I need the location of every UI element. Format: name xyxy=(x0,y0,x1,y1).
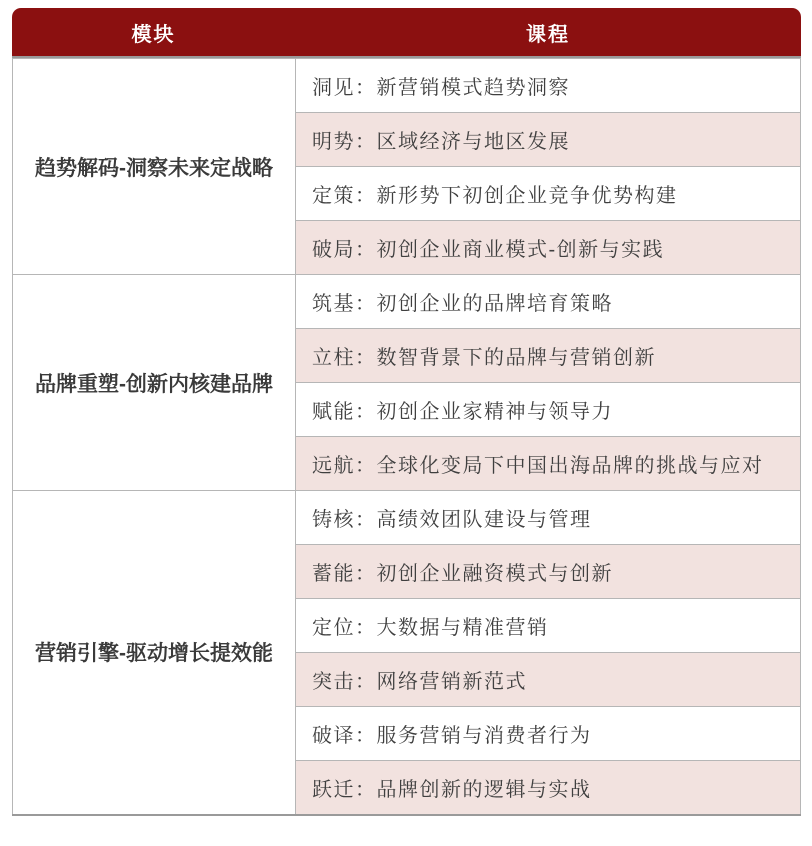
table-row: 趋势解码-洞察未来定战略 洞见：新营销模式趋势洞察 xyxy=(13,59,801,113)
course-cell: 破局：初创企业商业模式-创新与实践 xyxy=(296,221,801,275)
course-cell: 铸核：高绩效团队建设与管理 xyxy=(296,491,801,545)
column-header-course: 课程 xyxy=(295,8,801,56)
course-cell: 蓄能：初创企业融资模式与创新 xyxy=(296,545,801,599)
course-cell: 筑基：初创企业的品牌培育策略 xyxy=(296,275,801,329)
table-header-row: 模块 课程 xyxy=(12,8,801,58)
course-cell: 立柱：数智背景下的品牌与营销创新 xyxy=(296,329,801,383)
table-row: 营销引擎-驱动增长提效能 铸核：高绩效团队建设与管理 xyxy=(13,491,801,545)
module-cell-trend: 趋势解码-洞察未来定战略 xyxy=(13,59,296,275)
column-header-module: 模块 xyxy=(12,8,295,56)
table-row: 品牌重塑-创新内核建品牌 筑基：初创企业的品牌培育策略 xyxy=(13,275,801,329)
course-cell: 洞见：新营销模式趋势洞察 xyxy=(296,59,801,113)
course-cell: 明势：区域经济与地区发展 xyxy=(296,113,801,167)
course-cell: 定策：新形势下初创企业竞争优势构建 xyxy=(296,167,801,221)
course-cell: 远航：全球化变局下中国出海品牌的挑战与应对 xyxy=(296,437,801,491)
course-cell: 定位：大数据与精准营销 xyxy=(296,599,801,653)
course-table-body: 趋势解码-洞察未来定战略 洞见：新营销模式趋势洞察 明势：区域经济与地区发展 定… xyxy=(12,58,801,816)
module-cell-brand: 品牌重塑-创新内核建品牌 xyxy=(13,275,296,491)
course-table: 模块 课程 趋势解码-洞察未来定战略 洞见：新营销模式趋势洞察 明势：区域经济与… xyxy=(12,8,801,816)
course-cell: 跃迁：品牌创新的逻辑与实战 xyxy=(296,761,801,815)
course-cell: 破译：服务营销与消费者行为 xyxy=(296,707,801,761)
module-cell-marketing: 营销引擎-驱动增长提效能 xyxy=(13,491,296,815)
course-cell: 赋能：初创企业家精神与领导力 xyxy=(296,383,801,437)
course-cell: 突击：网络营销新范式 xyxy=(296,653,801,707)
